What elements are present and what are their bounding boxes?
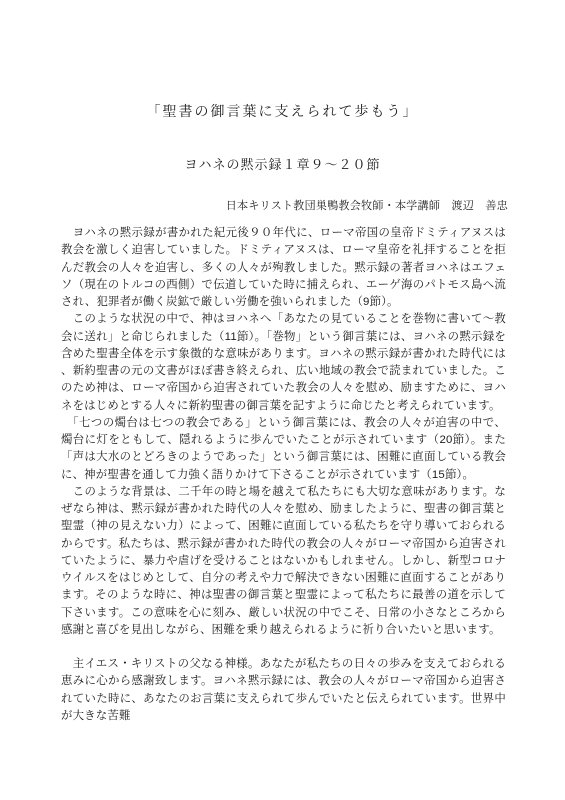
body-paragraph: このような状況の中で、神はヨハネへ「あなたの見ていることを巻物に書いて〜教会に送… [61,311,506,415]
body-paragraph: このような背景は、二千年の時と場を越えて私たちにも大切な意味があります。なぜなら… [61,484,506,639]
document-page: 「聖書の御言葉に支えられて歩もう」 ヨハネの黙示録１章９～２０節 日本キリスト教… [0,0,565,800]
document-body: ヨハネの黙示録が書かれた紀元後９０年代に、ローマ帝国の皇帝ドミティアヌスは教会を… [61,225,506,725]
body-paragraph: ヨハネの黙示録が書かれた紀元後９０年代に、ローマ帝国の皇帝ドミティアヌスは教会を… [61,225,506,311]
prayer-paragraph: 主イエス・キリストの父なる神様。あなたが私たちの日々の歩みを支えておられる恵みに… [61,656,506,725]
document-title: 「聖書の御言葉に支えられて歩もう」 [0,101,565,121]
scripture-reference: ヨハネの黙示録１章９～２０節 [0,154,565,173]
author-byline: 日本キリスト教団巣鴨教会牧師・本学講師 渡辺 善忠 [61,197,508,213]
body-paragraph: 「七つの燭台は七つの教会である」という御言葉には、教会の人々が迫害の中で、燭台に… [61,415,506,484]
